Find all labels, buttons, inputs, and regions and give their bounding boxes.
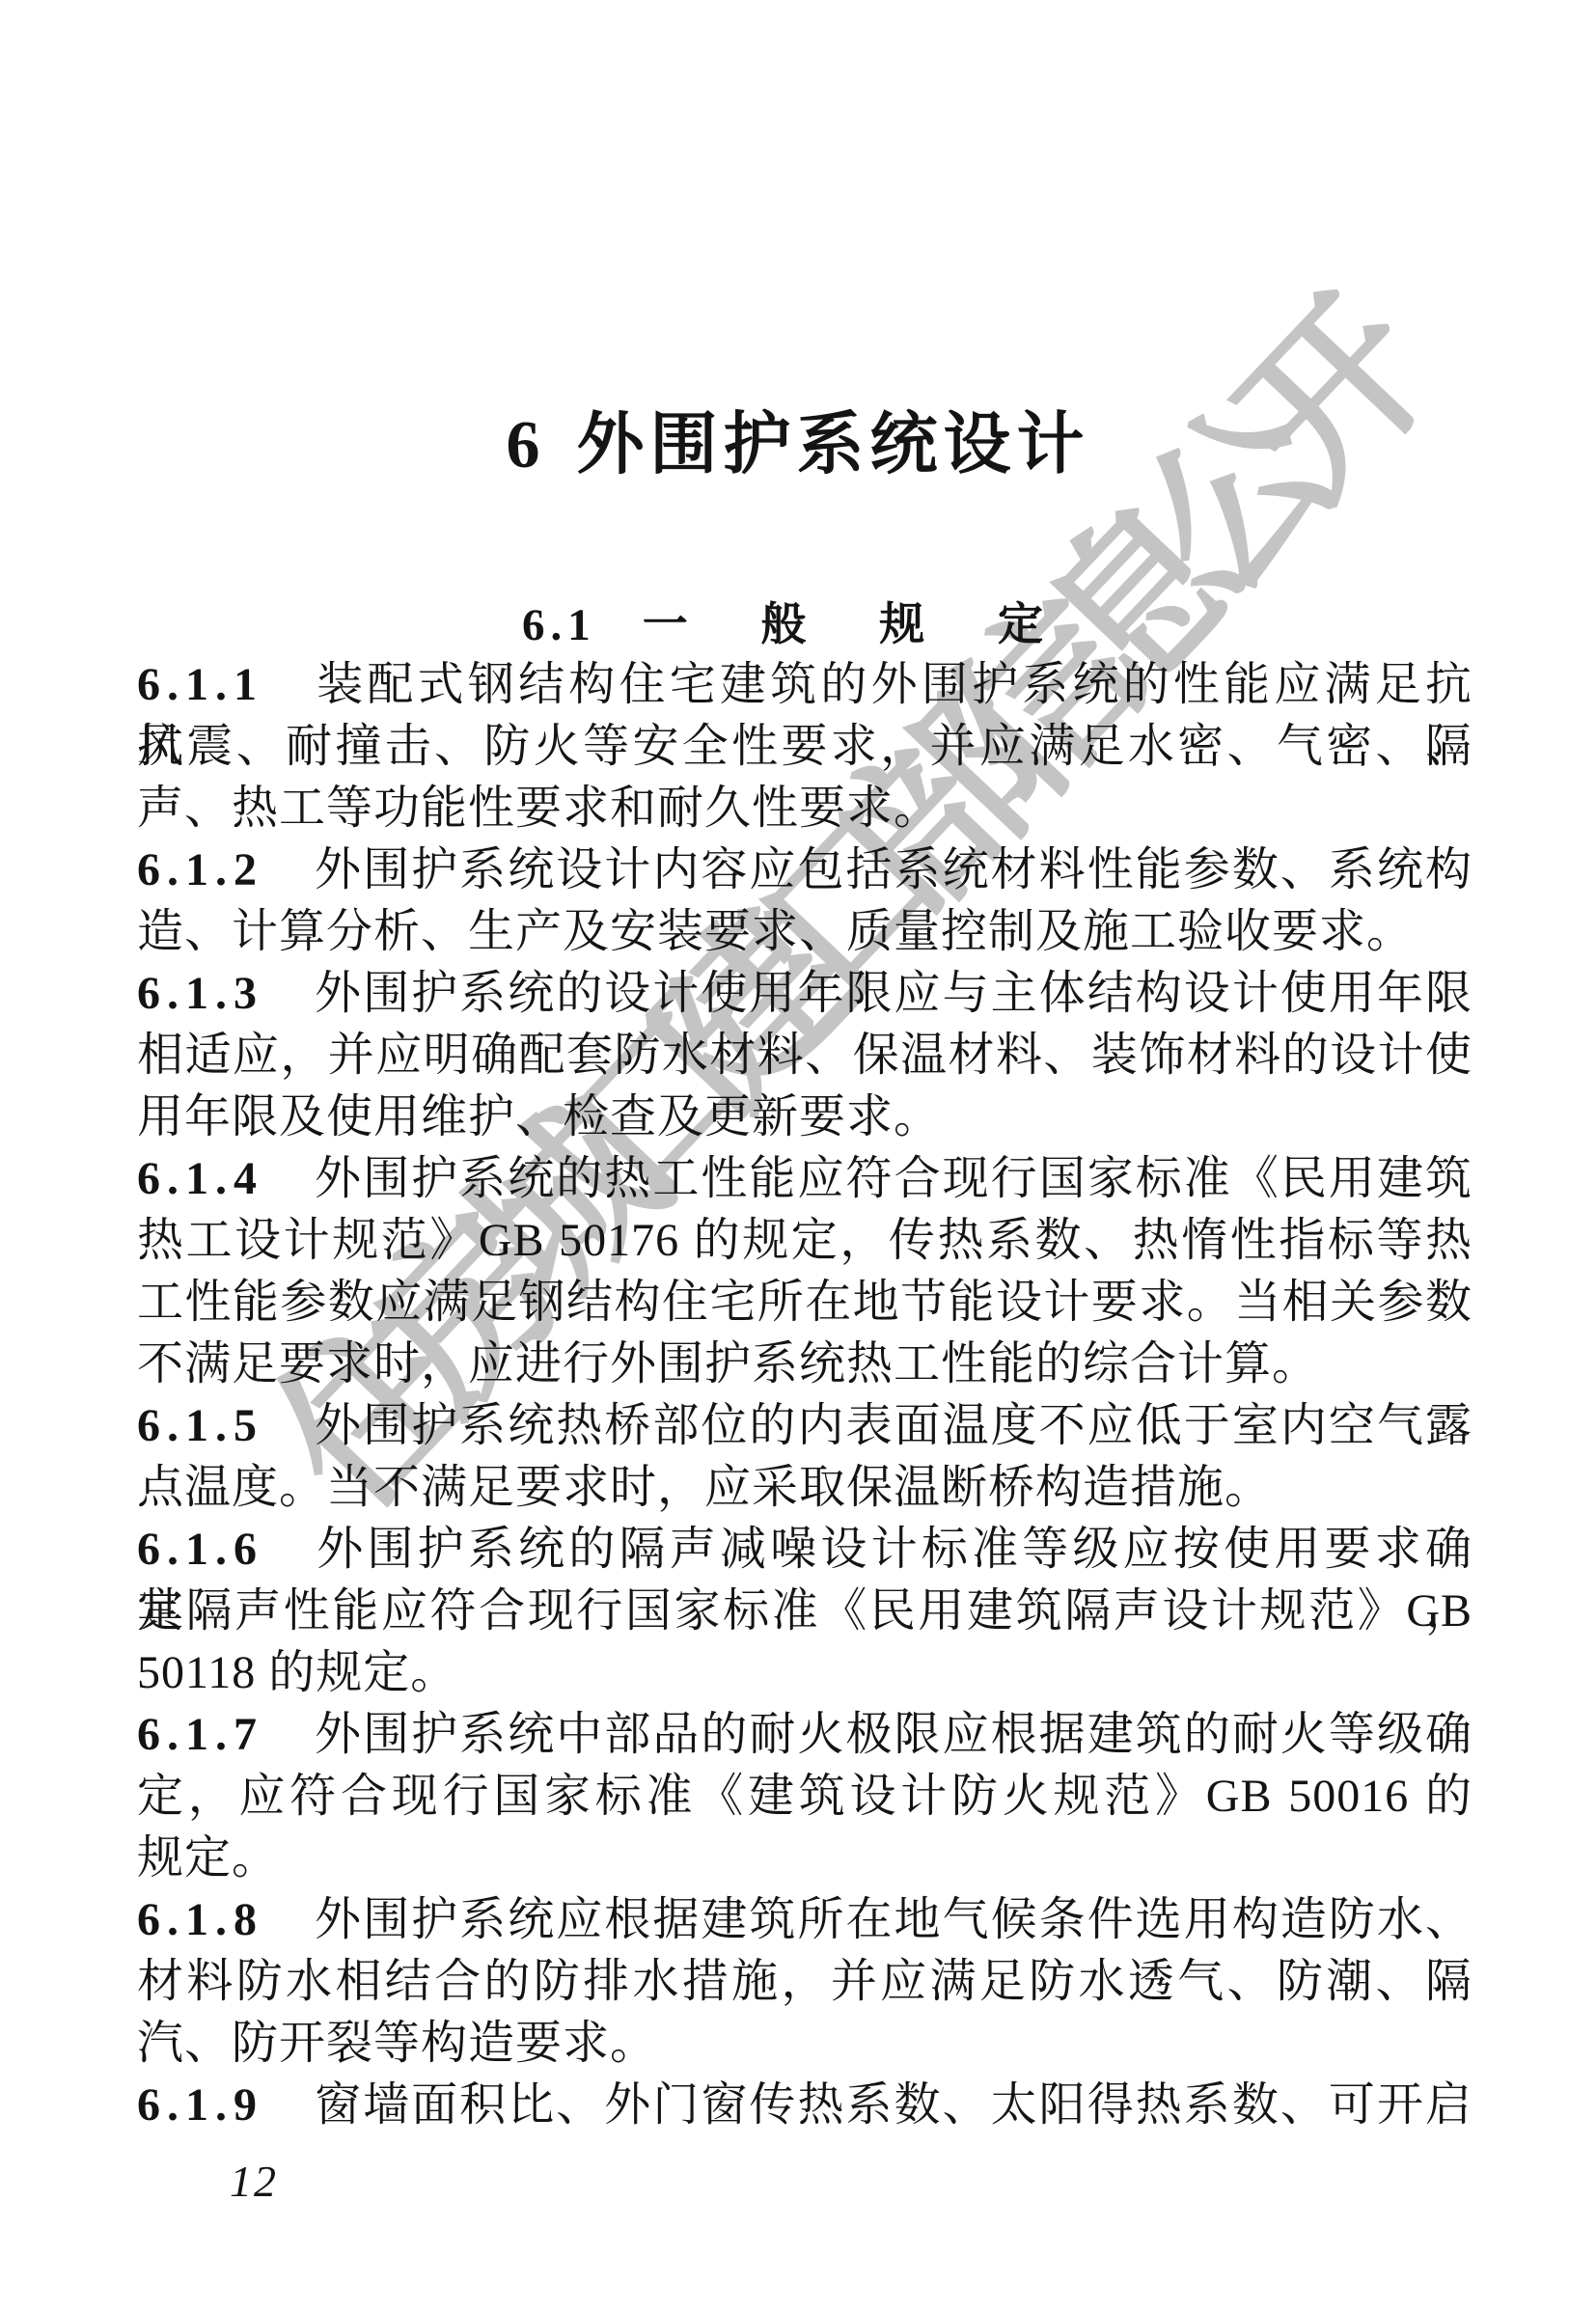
page-content: 6外围护系统设计 6.1一 般 规 定 6.1.1装配式钢结构住宅建筑的外围护系…	[0, 0, 1596, 2311]
page-number: 12	[230, 2156, 278, 2207]
section-number: 6.1	[522, 600, 596, 650]
clause-6-1-5: 6.1.5外围护系统热桥部位的内表面温度不应低于室内空气露 点温度。当不满足要求…	[137, 1395, 1472, 1519]
clause-number: 6.1.8	[137, 1894, 263, 1945]
clause-line: 6.1.6外围护系统的隔声减噪设计标准等级应按使用要求确定，	[137, 1519, 1472, 1581]
chapter-number: 6	[507, 408, 540, 482]
clause-line: 用年限及使用维护、检查及更新要求。	[137, 1087, 1472, 1148]
clause-number: 6.1.1	[137, 659, 263, 710]
clause-text: 外围护系统中部品的耐火极限应根据建筑的耐火等级确	[314, 1709, 1472, 1760]
section-name: 一 般 规 定	[643, 600, 1074, 650]
clause-6-1-6: 6.1.6外围护系统的隔声减噪设计标准等级应按使用要求确定， 其隔声性能应符合现…	[137, 1519, 1472, 1704]
clause-number: 6.1.4	[137, 1153, 263, 1204]
clause-number: 6.1.7	[137, 1709, 263, 1760]
clause-6-1-3: 6.1.3外围护系统的设计使用年限应与主体结构设计使用年限 相适应，并应明确配套…	[137, 963, 1472, 1148]
clause-line: 6.1.2外围护系统设计内容应包括系统材料性能参数、系统构	[137, 839, 1472, 901]
clause-line: 材料防水相结合的防排水措施，并应满足防水透气、防潮、隔	[137, 1951, 1472, 2013]
chapter-name: 外围护系统设计	[577, 408, 1090, 482]
clause-line: 6.1.5外围护系统热桥部位的内表面温度不应低于室内空气露	[137, 1395, 1472, 1457]
clause-line: 6.1.4外围护系统的热工性能应符合现行国家标准《民用建筑	[137, 1148, 1472, 1210]
section-title: 6.1一 般 规 定	[0, 589, 1596, 653]
clause-line: 不满足要求时，应进行外围护系统热工性能的综合计算。	[137, 1334, 1472, 1395]
clause-number: 6.1.2	[137, 844, 263, 895]
clause-text: 外围护系统的热工性能应符合现行国家标准《民用建筑	[314, 1153, 1472, 1204]
clause-text: 外围护系统设计内容应包括系统材料性能参数、系统构	[314, 844, 1472, 895]
clause-line: 汽、防开裂等构造要求。	[137, 2013, 1472, 2075]
clause-number: 6.1.9	[137, 2079, 263, 2131]
clause-6-1-2: 6.1.2外围护系统设计内容应包括系统材料性能参数、系统构 造、计算分析、生产及…	[137, 839, 1472, 963]
clause-6-1-4: 6.1.4外围护系统的热工性能应符合现行国家标准《民用建筑 热工设计规范》GB …	[137, 1148, 1472, 1395]
clause-text: 外围护系统的设计使用年限应与主体结构设计使用年限	[314, 968, 1472, 1019]
clause-line: 6.1.3外围护系统的设计使用年限应与主体结构设计使用年限	[137, 963, 1472, 1025]
clause-number: 6.1.3	[137, 968, 263, 1019]
clause-line: 热工设计规范》GB 50176 的规定，传热系数、热惰性指标等热	[137, 1210, 1472, 1272]
clause-line: 其隔声性能应符合现行国家标准《民用建筑隔声设计规范》GB	[137, 1581, 1472, 1642]
clause-text: 外围护系统热桥部位的内表面温度不应低于室内空气露	[314, 1400, 1472, 1451]
clause-line: 6.1.8外围护系统应根据建筑所在地气候条件选用构造防水、	[137, 1889, 1472, 1951]
clause-number: 6.1.5	[137, 1400, 263, 1451]
clause-6-1-8: 6.1.8外围护系统应根据建筑所在地气候条件选用构造防水、 材料防水相结合的防排…	[137, 1889, 1472, 2075]
clause-text: 外围护系统应根据建筑所在地气候条件选用构造防水、	[314, 1894, 1472, 1945]
clause-line: 规定。	[137, 1828, 1472, 1889]
clause-6-1-1: 6.1.1装配式钢结构住宅建筑的外围护系统的性能应满足抗风、 抗震、耐撞击、防火…	[137, 654, 1472, 839]
clause-line: 造、计算分析、生产及安装要求、质量控制及施工验收要求。	[137, 901, 1472, 963]
clause-line: 抗震、耐撞击、防火等安全性要求，并应满足水密、气密、隔	[137, 716, 1472, 778]
clause-line: 6.1.1装配式钢结构住宅建筑的外围护系统的性能应满足抗风、	[137, 654, 1472, 716]
clause-line: 声、热工等功能性要求和耐久性要求。	[137, 778, 1472, 839]
clause-line: 6.1.7外围护系统中部品的耐火极限应根据建筑的耐火等级确	[137, 1704, 1472, 1766]
clause-line: 工性能参数应满足钢结构住宅所在地节能设计要求。当相关参数	[137, 1272, 1472, 1334]
clause-line: 点温度。当不满足要求时，应采取保温断桥构造措施。	[137, 1457, 1472, 1519]
clause-line: 6.1.9窗墙面积比、外门窗传热系数、太阳得热系数、可开启	[137, 2075, 1472, 2136]
clause-line: 相适应，并应明确配套防水材料、保温材料、装饰材料的设计使	[137, 1025, 1472, 1087]
clause-6-1-7: 6.1.7外围护系统中部品的耐火极限应根据建筑的耐火等级确 定，应符合现行国家标…	[137, 1704, 1472, 1889]
clause-number: 6.1.6	[137, 1524, 263, 1575]
clause-6-1-9: 6.1.9窗墙面积比、外门窗传热系数、太阳得热系数、可开启	[137, 2075, 1472, 2136]
chapter-title: 6外围护系统设计	[0, 390, 1596, 487]
clause-list: 6.1.1装配式钢结构住宅建筑的外围护系统的性能应满足抗风、 抗震、耐撞击、防火…	[137, 654, 1472, 2136]
clause-line: 定，应符合现行国家标准《建筑设计防火规范》GB 50016 的	[137, 1766, 1472, 1828]
clause-text: 窗墙面积比、外门窗传热系数、太阳得热系数、可开启	[314, 2079, 1472, 2131]
clause-line: 50118 的规定。	[137, 1642, 1472, 1704]
document-page: 住房城口建口部信息公开 6外围护系统设计 6.1一 般 规 定 6.1.1装配式…	[0, 0, 1596, 2311]
